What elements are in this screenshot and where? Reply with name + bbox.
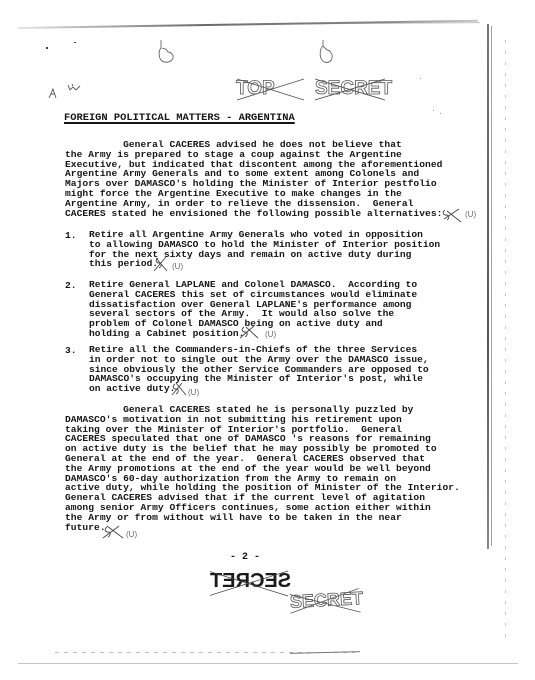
alternative-1-number: 1. bbox=[65, 230, 77, 241]
handwritten-squiggle-left bbox=[66, 82, 82, 94]
alternative-3-text: Retire all the Commanders-in-Chiefs of t… bbox=[89, 345, 429, 394]
portion-mark-crossed-s-alt3 bbox=[170, 381, 188, 397]
document-heading: FOREIGN POLITICAL MATTERS - ARGENTINA bbox=[64, 112, 295, 124]
page-number: - 2 - bbox=[230, 552, 260, 563]
alternative-3-number: 3. bbox=[65, 345, 77, 356]
alternative-2-number: 2. bbox=[65, 280, 77, 291]
portion-mark-crossed-s-intro bbox=[441, 207, 463, 223]
page-border-right bbox=[487, 24, 489, 549]
text-line: the Army or from without will have to be… bbox=[65, 513, 460, 523]
classification-stamp-bottom-outline: SECRET bbox=[289, 588, 360, 616]
text-line: on active duty. bbox=[89, 384, 429, 394]
handwritten-initial-left bbox=[46, 86, 60, 100]
page-border-bottom bbox=[18, 663, 518, 664]
portion-mark-crossed-s-alt1 bbox=[152, 255, 170, 273]
classification-stamp-top-left: TOP bbox=[236, 78, 304, 100]
handwritten-mark-right bbox=[316, 38, 338, 70]
document-page: TOP SECRET FOREIGN POLITICAL MATTERS - A… bbox=[0, 0, 535, 680]
classification-stamp-top-right: SECRET bbox=[315, 78, 385, 100]
scan-noise-right bbox=[505, 40, 506, 640]
portion-mark-unclassified-alt2: (U) bbox=[265, 330, 276, 339]
text-line: CACERES stated he envisioned the followi… bbox=[65, 209, 442, 219]
classification-stamp-bottom-mirrored: SECRET bbox=[210, 570, 285, 596]
portion-mark-unclassified-intro: (U) bbox=[465, 210, 476, 219]
portion-mark-unclassified-closing: (U) bbox=[126, 530, 137, 539]
alternative-1-text: Retire all Argentine Army Generals who v… bbox=[89, 230, 440, 269]
text-line: this period. bbox=[89, 259, 440, 269]
page-border-right-secondary bbox=[491, 26, 492, 546]
handwritten-mark-left bbox=[155, 38, 177, 68]
intro-paragraph: General CACERES advised he does not beli… bbox=[65, 140, 442, 218]
portion-mark-crossed-s-closing bbox=[101, 524, 125, 540]
portion-mark-unclassified-alt1: (U) bbox=[172, 262, 183, 271]
portion-mark-unclassified-alt3: (U) bbox=[188, 388, 199, 397]
portion-mark-crossed-s-alt2 bbox=[238, 324, 260, 340]
closing-paragraph: General CACERES stated he is personally … bbox=[65, 405, 460, 532]
